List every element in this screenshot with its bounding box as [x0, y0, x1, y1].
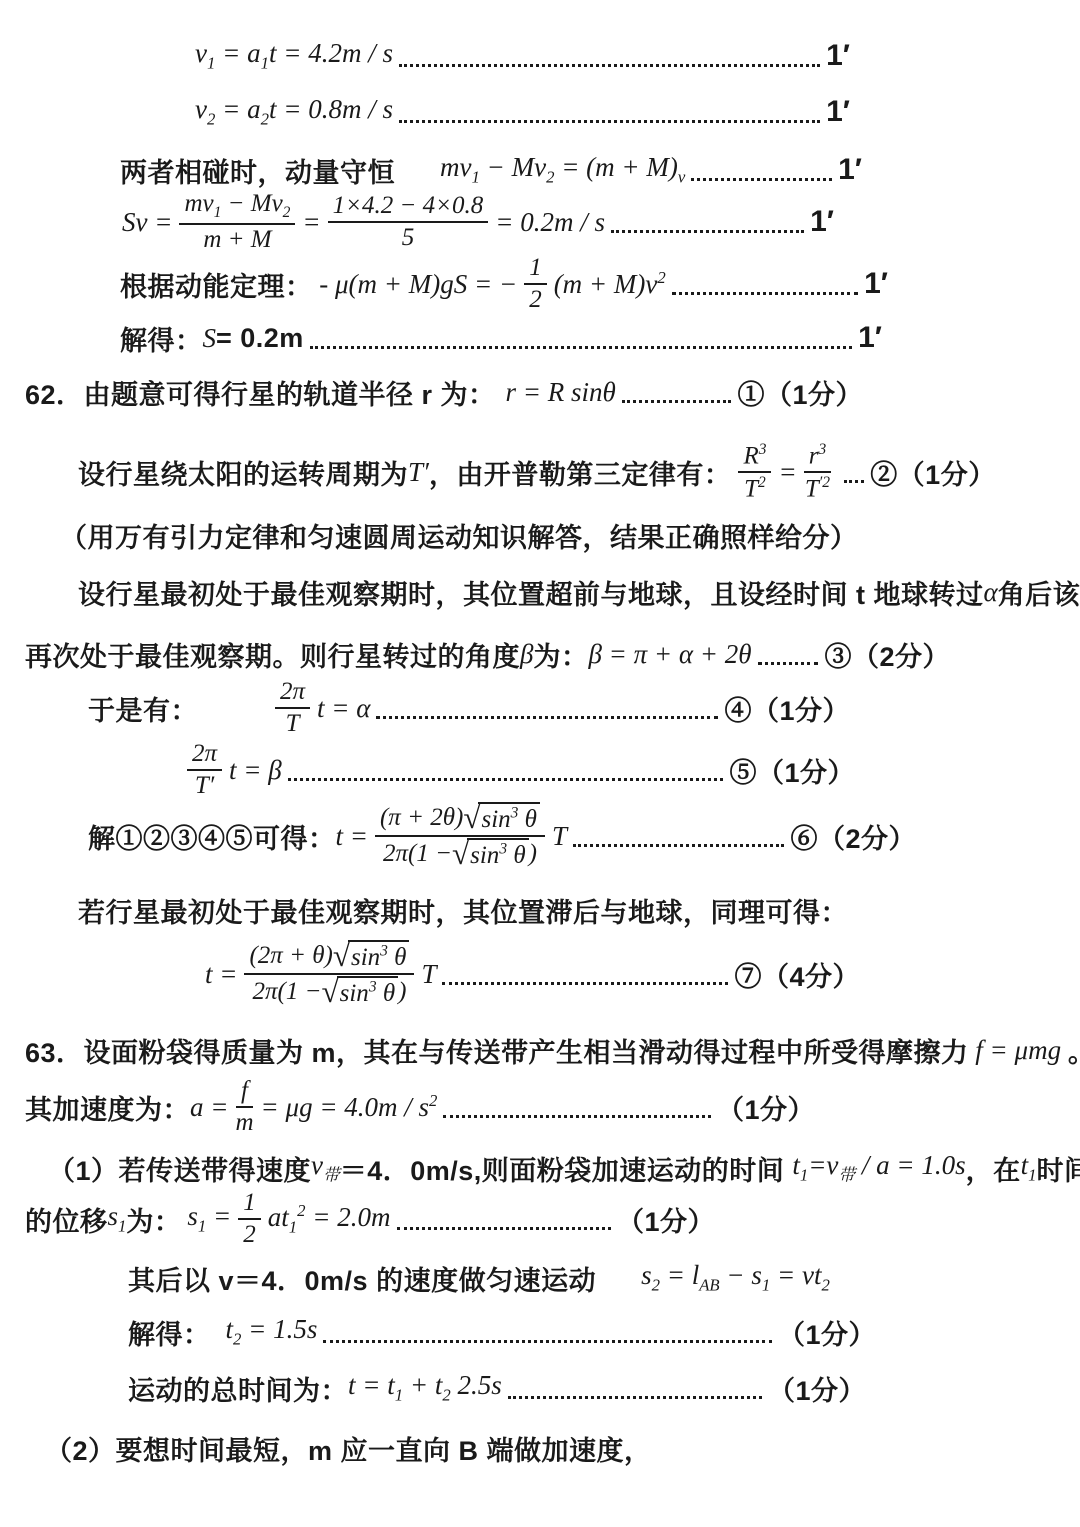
chinese-text: ，由开普勒第三定律有： — [429, 453, 732, 492]
math-expression: 2π — [280, 678, 305, 706]
score-mark: 1′ — [858, 321, 882, 355]
square-root: √sin3 θ — [463, 802, 540, 834]
dotted-leader — [844, 480, 864, 483]
fraction: (2π + θ)√sin3 θ2π(1 −√sin3 θ) — [244, 940, 414, 1009]
dotted-leader — [611, 230, 804, 233]
chinese-text: 。故而 — [1068, 1031, 1080, 1070]
dotted-leader — [573, 844, 785, 847]
chinese-text: ，在 — [966, 1149, 1021, 1188]
math-expression: β — [520, 639, 533, 670]
square-root: √sin3 θ — [321, 976, 398, 1008]
chinese-text: 时间内 — [1037, 1149, 1080, 1188]
fraction: fm — [235, 1077, 253, 1137]
math-expression: 2 — [243, 1221, 256, 1249]
math-expression: α — [984, 577, 998, 608]
math-expression: mv1 − Mv2 — [184, 190, 290, 222]
chinese-text: （1分） — [768, 1369, 866, 1408]
chinese-text: 解得： — [120, 319, 203, 358]
score-mark: 1′ — [810, 205, 834, 239]
math-expression: s1 = — [187, 1201, 231, 1236]
dotted-leader — [323, 1340, 772, 1343]
dotted-leader — [288, 778, 724, 781]
fraction: 12 — [238, 1189, 261, 1249]
q62-earth-angle-eq: 于是有：2πTt = α④（1分） — [88, 678, 850, 738]
chinese-text: ③（2分） — [824, 635, 950, 674]
ans-velocity-1: v1 = a1t = 4.2m / s1′ — [195, 36, 850, 76]
math-expression: s2 = lAB − s1 = vt2 — [641, 1260, 830, 1295]
math-expression: at12 = 2.0m — [268, 1201, 391, 1237]
fraction: r3T′2 — [804, 441, 831, 504]
chinese-text: ⑥（2分） — [790, 817, 916, 856]
chinese-text: 设行星最初处于最佳观察期时，其位置超前与地球，且设经时间 t 地球转过 — [78, 573, 984, 612]
q62-setup-behind: 若行星最初处于最佳观察期时，其位置滞后与地球，同理可得： — [78, 890, 848, 930]
math-expression: m — [235, 1109, 253, 1137]
math-expression: β = π + α + 2θ — [588, 639, 751, 670]
math-expression: sin3 θ — [351, 944, 406, 971]
math-expression: sin3 θ — [481, 806, 536, 833]
dotted-leader — [399, 120, 820, 123]
math-expression: T′ — [408, 457, 429, 488]
math-expression: t = β — [229, 755, 282, 786]
chinese-text: 解①②③④⑤可得： — [88, 817, 336, 856]
score-mark: 1′ — [826, 95, 850, 129]
math-expression: t = t1 + t2 2.5s — [348, 1370, 502, 1405]
dotted-leader — [310, 346, 852, 349]
fraction: (π + 2θ)√sin3 θ2π(1 −√sin3 θ) — [375, 802, 545, 871]
fraction: 1×4.2 − 4×0.85 — [328, 192, 489, 252]
score-mark: 1′ — [864, 267, 888, 301]
math-expression: T — [552, 821, 567, 852]
math-expression: v带 — [311, 1150, 340, 1185]
math-expression: 2π — [192, 740, 217, 768]
math-expression: f = μmg — [969, 1035, 1068, 1066]
q62-orbit-radius: 62．由题意可得行星的轨道半径 r 为：r = R sinθ①（1分） — [25, 370, 863, 414]
math-expression: 5 — [402, 224, 415, 252]
q63-part2-shortest-time: （2）要想时间最短，m 应一直向 B 端做加速度， — [45, 1426, 652, 1470]
math-expression: f — [241, 1077, 248, 1105]
chinese-text: 解得： — [128, 1313, 211, 1352]
chinese-text: ①（1分） — [737, 373, 863, 412]
chinese-text: （1分） — [617, 1200, 715, 1239]
chinese-text: （1）若传送带得速度 — [48, 1149, 311, 1188]
fraction: 12 — [524, 254, 547, 314]
q62-solution-behind: t =(2π + θ)√sin3 θ2π(1 −√sin3 θ)T⑦（4分） — [205, 928, 860, 1020]
math-expression: 1×4.2 − 4×0.8 — [333, 192, 484, 220]
math-expression: S — [203, 323, 217, 354]
math-expression: sin3 θ — [340, 980, 395, 1007]
q63-acceleration: 其加速度为：a =fm= μg = 4.0m / s2（1分） — [25, 1072, 815, 1142]
chinese-text: 再次处于最佳观察期。则行星转过的角度 — [25, 635, 520, 674]
math-expression: v1 = a1t = 4.2m / s — [195, 38, 393, 73]
dotted-leader — [397, 1227, 611, 1230]
dotted-leader — [376, 716, 718, 719]
chinese-text: （2）要想时间最短，m 应一直向 B 端做加速度， — [45, 1429, 652, 1468]
chinese-text: 62．由题意可得行星的轨道半径 r 为： — [25, 373, 496, 412]
math-expression: a = — [190, 1092, 228, 1123]
ans-work-energy-theorem: 根据动能定理： - μ(m + M)gS = −12(m + M)v21′ — [120, 250, 888, 318]
ans-distance-result: 解得：S= 0.2m1′ — [120, 318, 882, 358]
math-expression: (m + M)v2 — [554, 268, 666, 300]
ans-momentum-conservation: 两者相碰时，动量守恒mv1 − Mv2 = (m + M)v1′ — [120, 150, 862, 190]
chinese-text: 根据动能定理： — [120, 265, 313, 304]
math-expression: T — [421, 959, 436, 990]
q63-friction-setup: 63．设面粉袋得质量为 m，其在与传送带产生相当滑动得过程中所受得摩擦力 f =… — [25, 1028, 1080, 1072]
math-expression: t = α — [317, 693, 370, 724]
q63-part1-uniform-motion: 其后以 v＝4．0m/s 的速度做匀速运动s2 = lAB − s1 = vt2 — [128, 1256, 830, 1300]
math-expression: t2 = 1.5s — [226, 1314, 318, 1349]
chinese-text: 角后该行星 — [998, 573, 1080, 612]
answer-key-page: v1 = a1t = 4.2m / s1′ v2 = a2t = 0.8m / … — [0, 0, 1080, 1527]
square-root: √sin3 θ — [452, 838, 529, 870]
math-expression: mv1 − Mv2 = (m + M)v — [440, 152, 685, 187]
math-expression: = — [778, 457, 796, 488]
math-expression: - μ(m + M)gS = − — [313, 269, 518, 300]
fraction: 2πT — [275, 678, 310, 738]
dotted-leader — [672, 292, 858, 295]
math-expression: 2 — [529, 286, 542, 314]
math-expression: t1 — [1021, 1150, 1037, 1185]
math-expression: Sv = — [122, 207, 172, 238]
q62-kepler-law: 设行星绕太阳的运转周期为T′，由开普勒第三定律有：R3T2=r3T′2②（1分） — [78, 430, 990, 514]
q62-setup-ahead: 设行星最初处于最佳观察期时，其位置超前与地球，且设经时间 t 地球转过α角后该行… — [78, 572, 1080, 612]
chinese-text: （1分） — [717, 1088, 815, 1127]
chinese-text: ②（1分） — [870, 453, 996, 492]
math-expression: T2 — [744, 474, 766, 503]
math-expression: 1 — [243, 1189, 256, 1217]
chinese-text: ⑦（4分） — [734, 955, 860, 994]
math-expression: (π + 2θ) — [380, 804, 463, 832]
math-expression: = μg = 4.0m / s2 — [261, 1091, 438, 1123]
score-mark: 1′ — [826, 39, 850, 73]
chinese-text: ⑤（1分） — [729, 751, 855, 790]
math-expression: = 0.2m / s — [495, 207, 605, 238]
fraction: 2πT′ — [187, 740, 222, 800]
math-expression: T — [286, 710, 300, 738]
q63-part1-accel-time: （1）若传送带得速度v带＝4．0m/s,则面粉袋加速运动的时间t1=v带 / a… — [48, 1146, 1080, 1190]
math-expression: ) — [529, 840, 537, 868]
chinese-text: 若行星最初处于最佳观察期时，其位置滞后与地球，同理可得： — [78, 891, 848, 930]
chinese-text: 63．设面粉袋得质量为 m，其在与传送带产生相当滑动得过程中所受得摩擦力 — [25, 1031, 969, 1070]
fraction: mv1 − Mv2m + M — [179, 190, 295, 254]
chinese-text: ＝4．0m/s,则面粉袋加速运动的时间 — [340, 1149, 785, 1188]
dotted-leader — [443, 1115, 711, 1118]
q63-part1-t2-result: 解得：t2 = 1.5s（1分） — [128, 1310, 876, 1354]
math-expression: 2π(1 − — [252, 978, 321, 1006]
chinese-text: 其加速度为： — [25, 1088, 190, 1127]
math-expression: t = — [205, 959, 237, 990]
ans-common-velocity: Sv =mv1 − Mv2m + M=1×4.2 − 4×0.85= 0.2m … — [122, 188, 834, 256]
chinese-text: 两者相碰时，动量守恒 — [120, 151, 395, 190]
chinese-text: 运动的总时间为： — [128, 1369, 348, 1408]
q63-part1-total-time: 运动的总时间为：t = t1 + t2 2.5s（1分） — [128, 1366, 866, 1410]
math-expression: t1=v带 / a = 1.0s — [792, 1150, 965, 1185]
chinese-text: 其后以 v＝4．0m/s 的速度做匀速运动 — [128, 1259, 596, 1298]
math-expression: r3 — [809, 441, 826, 470]
chinese-text: 为： — [126, 1200, 181, 1239]
dotted-leader — [622, 400, 732, 403]
chinese-text: 的位移 — [25, 1200, 108, 1239]
math-expression: (2π + θ) — [249, 942, 332, 970]
score-mark: 1′ — [838, 153, 862, 187]
math-expression: v2 = a2t = 0.8m / s — [195, 94, 393, 129]
q62-solution-ahead: 解①②③④⑤可得：t =(π + 2θ)√sin3 θ2π(1 −√sin3 θ… — [88, 792, 916, 880]
chinese-text: 为： — [533, 635, 588, 674]
math-expression: R3 — [743, 441, 766, 470]
chinese-text: （1分） — [778, 1313, 876, 1352]
math-expression: 1 — [529, 254, 542, 282]
q63-part1-displacement: 的位移s1为：s1 =12at12 = 2.0m（1分） — [25, 1186, 715, 1252]
chinese-text: 设行星绕太阳的运转周期为 — [78, 453, 408, 492]
chinese-text: 于是有： — [88, 689, 198, 728]
ans-velocity-2: v2 = a2t = 0.8m / s1′ — [195, 92, 850, 132]
math-expression: sin3 θ — [470, 842, 525, 869]
dotted-leader — [691, 178, 832, 181]
square-root: √sin3 θ — [333, 940, 410, 972]
math-expression: s1 — [108, 1201, 127, 1236]
math-expression: ) — [398, 978, 406, 1006]
dotted-leader — [508, 1396, 762, 1399]
math-expression: t = — [336, 821, 368, 852]
math-expression: T′2 — [805, 474, 830, 503]
q62-angle-beta: 再次处于最佳观察期。则行星转过的角度β为：β = π + α + 2θ③（2分） — [25, 632, 950, 676]
chinese-text: ④（1分） — [724, 689, 850, 728]
chinese-text: （用万有引力定律和匀速圆周运动知识解答，结果正确照样给分） — [60, 516, 858, 555]
math-expression: 2π(1 − — [383, 840, 452, 868]
dotted-leader — [399, 64, 820, 67]
math-expression: r = R sinθ — [506, 377, 616, 408]
fraction: R3T2 — [738, 441, 771, 504]
math-expression: = — [302, 207, 320, 238]
q62-note-alt-method: （用万有引力定律和匀速圆周运动知识解答，结果正确照样给分） — [60, 515, 858, 555]
chinese-text: = 0.2m — [216, 323, 304, 354]
dotted-leader — [758, 662, 819, 665]
dotted-leader — [442, 982, 728, 985]
